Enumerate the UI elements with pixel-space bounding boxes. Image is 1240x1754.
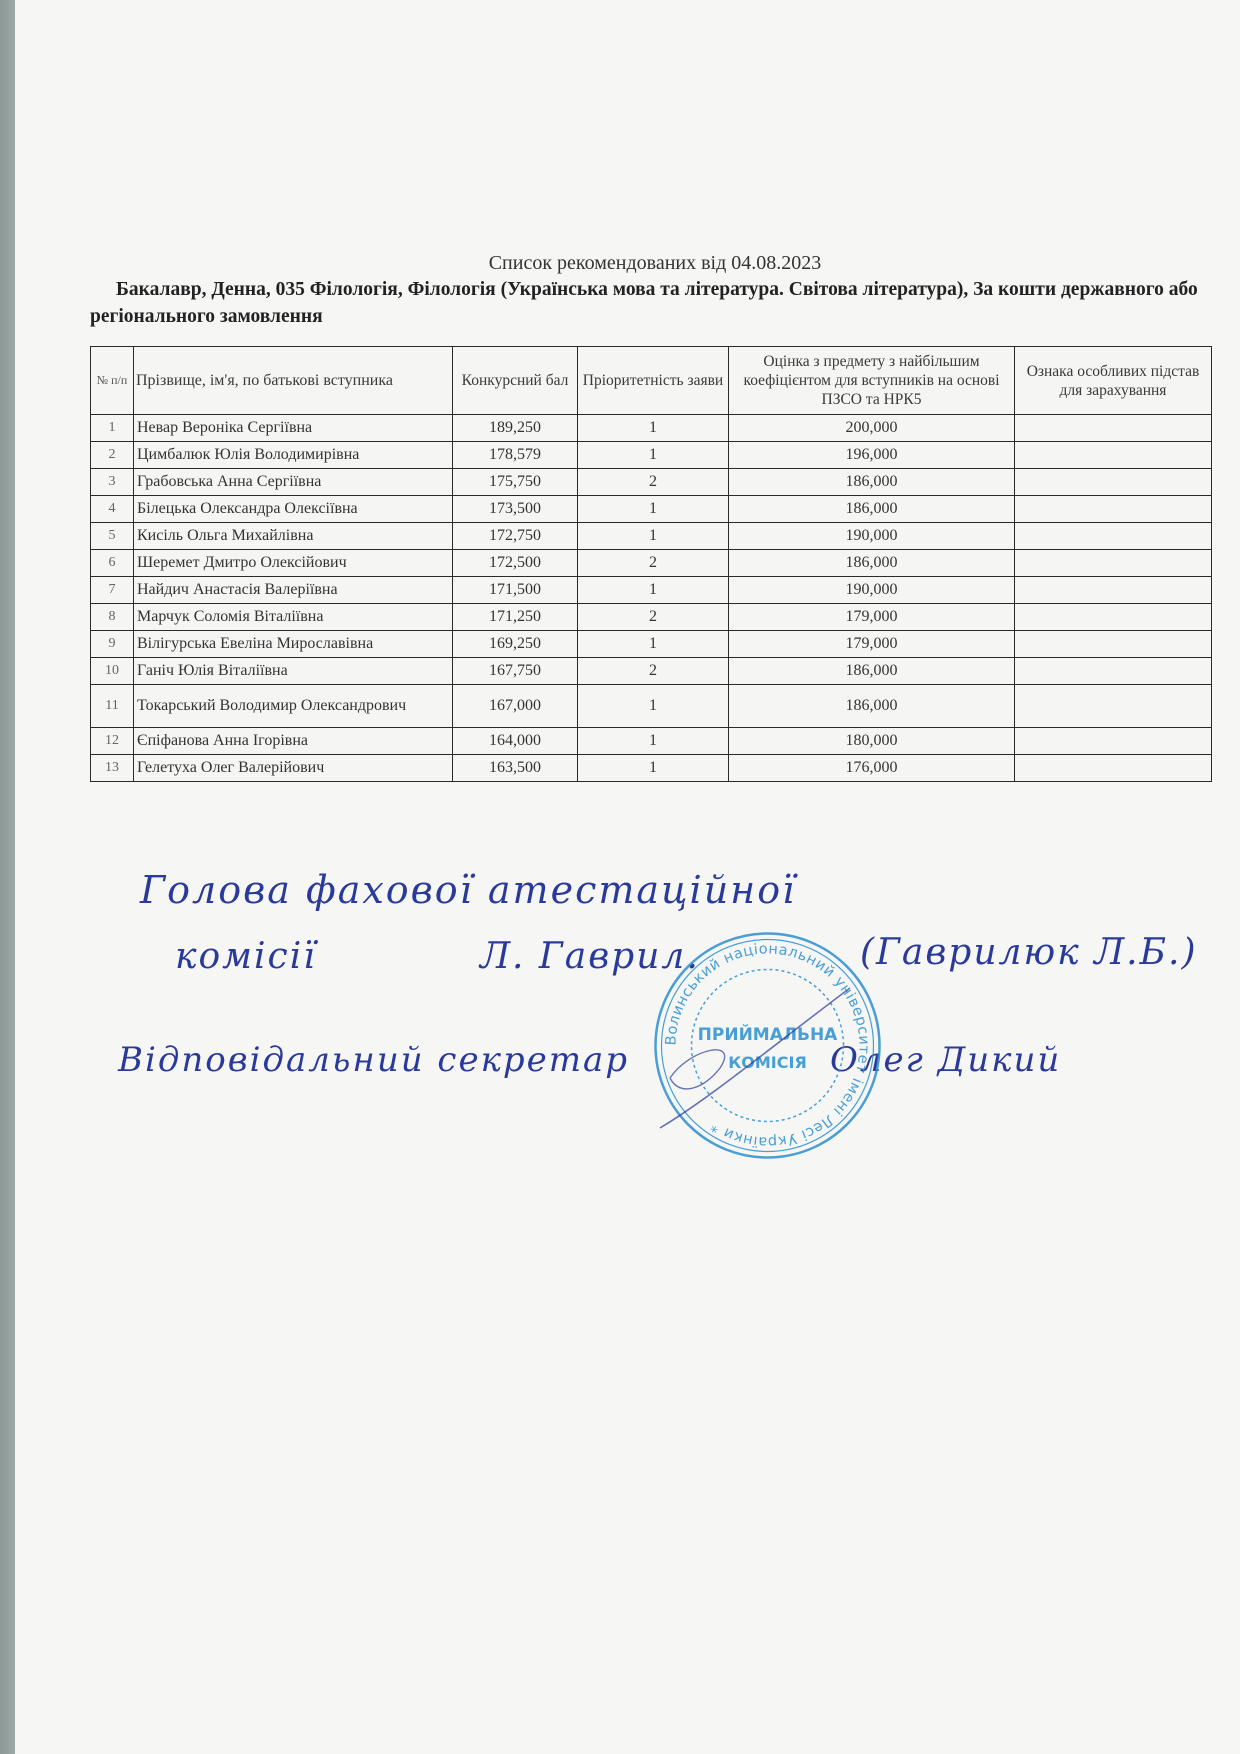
row-subject: 180,000 bbox=[729, 728, 1015, 755]
row-name: Гелетуха Олег Валерійович bbox=[134, 755, 453, 782]
row-name: Невар Вероніка Сергіївна bbox=[134, 415, 453, 442]
row-score: 171,500 bbox=[453, 577, 578, 604]
row-special bbox=[1015, 685, 1212, 728]
table-row: 5Кисіль Ольга Михайлівна172,7501190,000 bbox=[91, 523, 1212, 550]
row-num: 6 bbox=[91, 550, 134, 577]
header-name: Прізвище, ім'я, по батькові вступника bbox=[134, 347, 453, 415]
row-num: 10 bbox=[91, 658, 134, 685]
row-score: 172,750 bbox=[453, 523, 578, 550]
header-num: № п/п bbox=[91, 347, 134, 415]
row-num: 1 bbox=[91, 415, 134, 442]
row-priority: 1 bbox=[578, 415, 729, 442]
row-priority: 1 bbox=[578, 685, 729, 728]
signature-chair-name: (Гаврилюк Л.Б.) bbox=[860, 932, 1198, 973]
row-score: 167,750 bbox=[453, 658, 578, 685]
row-subject: 196,000 bbox=[729, 442, 1015, 469]
row-score: 169,250 bbox=[453, 631, 578, 658]
row-special bbox=[1015, 469, 1212, 496]
row-priority: 1 bbox=[578, 728, 729, 755]
row-num: 4 bbox=[91, 496, 134, 523]
signature-line-2-left: комісії bbox=[175, 936, 317, 977]
row-priority: 2 bbox=[578, 469, 729, 496]
table-row: 1Невар Вероніка Сергіївна189,2501200,000 bbox=[91, 415, 1212, 442]
svg-text:КОМІСІЯ: КОМІСІЯ bbox=[728, 1053, 807, 1072]
row-special bbox=[1015, 523, 1212, 550]
row-subject: 186,000 bbox=[729, 496, 1015, 523]
row-score: 178,579 bbox=[453, 442, 578, 469]
table-row: 2Цимбалюк Юлія Володимирівна178,5791196,… bbox=[91, 442, 1212, 469]
row-special bbox=[1015, 577, 1212, 604]
table-row: 12Єпіфанова Анна Ігорівна164,0001180,000 bbox=[91, 728, 1212, 755]
row-subject: 186,000 bbox=[729, 550, 1015, 577]
admissions-committee-stamp: Волинський національний університет імен… bbox=[650, 928, 885, 1163]
table-row: 13Гелетуха Олег Валерійович163,5001176,0… bbox=[91, 755, 1212, 782]
row-subject: 186,000 bbox=[729, 658, 1015, 685]
row-name: Білецька Олександра Олексіївна bbox=[134, 496, 453, 523]
row-subject: 179,000 bbox=[729, 631, 1015, 658]
row-subject: 200,000 bbox=[729, 415, 1015, 442]
row-special bbox=[1015, 496, 1212, 523]
row-num: 11 bbox=[91, 685, 134, 728]
svg-text:Волинський національний універ: Волинський національний університет імен… bbox=[663, 941, 871, 1149]
row-name: Єпіфанова Анна Ігорівна bbox=[134, 728, 453, 755]
row-priority: 1 bbox=[578, 631, 729, 658]
row-priority: 2 bbox=[578, 604, 729, 631]
row-name: Кисіль Ольга Михайлівна bbox=[134, 523, 453, 550]
row-score: 164,000 bbox=[453, 728, 578, 755]
row-num: 9 bbox=[91, 631, 134, 658]
signature-line-3-left: Відповідальний секретар bbox=[118, 1040, 629, 1080]
row-name: Марчук Соломія Віталіївна bbox=[134, 604, 453, 631]
row-score: 167,000 bbox=[453, 685, 578, 728]
row-subject: 176,000 bbox=[729, 755, 1015, 782]
document-title: Список рекомендованих від 04.08.2023 bbox=[0, 252, 1240, 275]
table-row: 10Ганіч Юлія Віталіївна167,7502186,000 bbox=[91, 658, 1212, 685]
row-priority: 1 bbox=[578, 755, 729, 782]
table-row: 11Токарський Володимир Олександрович167,… bbox=[91, 685, 1212, 728]
row-subject: 190,000 bbox=[729, 577, 1015, 604]
table-row: 8Марчук Соломія Віталіївна171,2502179,00… bbox=[91, 604, 1212, 631]
row-subject: 190,000 bbox=[729, 523, 1015, 550]
row-priority: 1 bbox=[578, 442, 729, 469]
row-special bbox=[1015, 631, 1212, 658]
row-special bbox=[1015, 755, 1212, 782]
row-special bbox=[1015, 728, 1212, 755]
row-special bbox=[1015, 550, 1212, 577]
row-subject: 186,000 bbox=[729, 685, 1015, 728]
row-name: Грабовська Анна Сергіївна bbox=[134, 469, 453, 496]
row-score: 171,250 bbox=[453, 604, 578, 631]
row-name: Вілігурська Евеліна Мирославівна bbox=[134, 631, 453, 658]
header-special: Ознака особливих підстав для зарахування bbox=[1015, 347, 1212, 415]
header-priority: Пріоритетність заяви bbox=[578, 347, 729, 415]
table-row: 9Вілігурська Евеліна Мирославівна169,250… bbox=[91, 631, 1212, 658]
row-name: Шеремет Дмитро Олексійович bbox=[134, 550, 453, 577]
row-name: Токарський Володимир Олександрович bbox=[134, 685, 453, 728]
row-num: 5 bbox=[91, 523, 134, 550]
row-special bbox=[1015, 415, 1212, 442]
row-num: 12 bbox=[91, 728, 134, 755]
row-special bbox=[1015, 658, 1212, 685]
table-row: 3Грабовська Анна Сергіївна175,7502186,00… bbox=[91, 469, 1212, 496]
svg-text:ПРИЙМАЛЬНА: ПРИЙМАЛЬНА bbox=[698, 1023, 839, 1045]
row-score: 189,250 bbox=[453, 415, 578, 442]
document-subtitle: Бакалавр, Денна, 035 Філологія, Філологі… bbox=[90, 276, 1215, 330]
header-subject: Оцінка з предмету з найбільшим коефіцієн… bbox=[729, 347, 1015, 415]
row-num: 7 bbox=[91, 577, 134, 604]
row-score: 163,500 bbox=[453, 755, 578, 782]
signature-line-1: Голова фахової атестаційної bbox=[140, 868, 796, 912]
row-special bbox=[1015, 604, 1212, 631]
row-num: 3 bbox=[91, 469, 134, 496]
row-num: 13 bbox=[91, 755, 134, 782]
row-score: 175,750 bbox=[453, 469, 578, 496]
row-subject: 186,000 bbox=[729, 469, 1015, 496]
row-priority: 1 bbox=[578, 496, 729, 523]
row-num: 2 bbox=[91, 442, 134, 469]
row-subject: 179,000 bbox=[729, 604, 1015, 631]
row-score: 172,500 bbox=[453, 550, 578, 577]
table-row: 4Білецька Олександра Олексіївна173,50011… bbox=[91, 496, 1212, 523]
stamp-outer-text: Волинський національний університет імен… bbox=[663, 941, 871, 1149]
table-header-row: № п/п Прізвище, ім'я, по батькові вступн… bbox=[91, 347, 1212, 415]
row-num: 8 bbox=[91, 604, 134, 631]
row-priority: 2 bbox=[578, 550, 729, 577]
row-name: Ганіч Юлія Віталіївна bbox=[134, 658, 453, 685]
table-row: 6Шеремет Дмитро Олексійович172,5002186,0… bbox=[91, 550, 1212, 577]
table-row: 7Найдич Анастасія Валеріївна171,5001190,… bbox=[91, 577, 1212, 604]
header-score: Конкурсний бал bbox=[453, 347, 578, 415]
recommended-list-table: № п/п Прізвище, ім'я, по батькові вступн… bbox=[90, 346, 1212, 782]
row-special bbox=[1015, 442, 1212, 469]
row-name: Цимбалюк Юлія Володимирівна bbox=[134, 442, 453, 469]
row-priority: 2 bbox=[578, 658, 729, 685]
row-priority: 1 bbox=[578, 523, 729, 550]
row-name: Найдич Анастасія Валеріївна bbox=[134, 577, 453, 604]
row-score: 173,500 bbox=[453, 496, 578, 523]
row-priority: 1 bbox=[578, 577, 729, 604]
